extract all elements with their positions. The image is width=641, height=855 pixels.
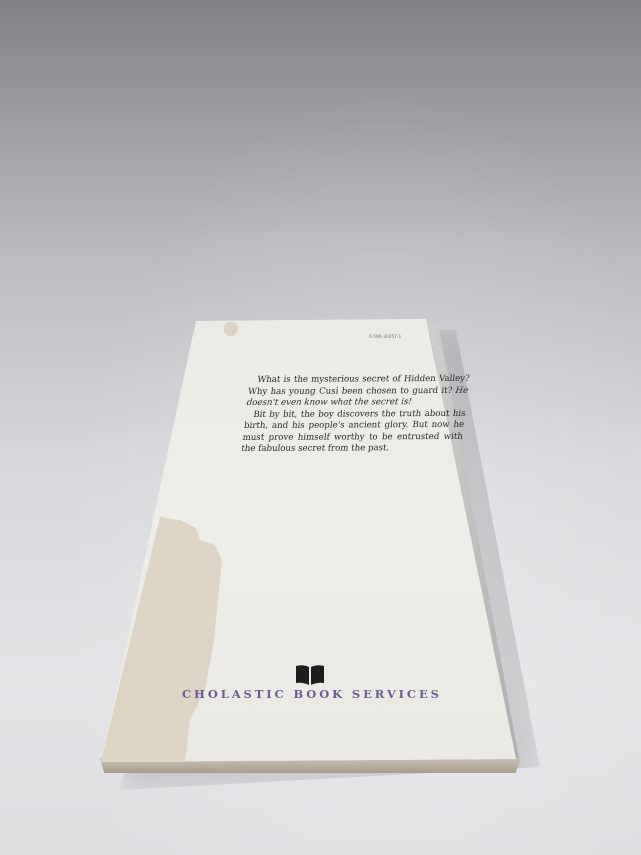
blurb-paragraph-1: What is the mysterious secret of Hidden … [246, 374, 470, 410]
cover-blurb: What is the mysterious secret of Hidden … [241, 374, 471, 456]
blurb-paragraph-2: Bit by bit, the boy discovers the truth … [241, 408, 467, 455]
open-book-icon [294, 664, 326, 686]
blurb-text: What is the mysterious secret of Hidden … [247, 374, 470, 397]
isbn-number: 0-590-30057-1 [369, 334, 401, 339]
publisher-name: CHOLASTIC BOOK SERVICES [182, 687, 442, 701]
